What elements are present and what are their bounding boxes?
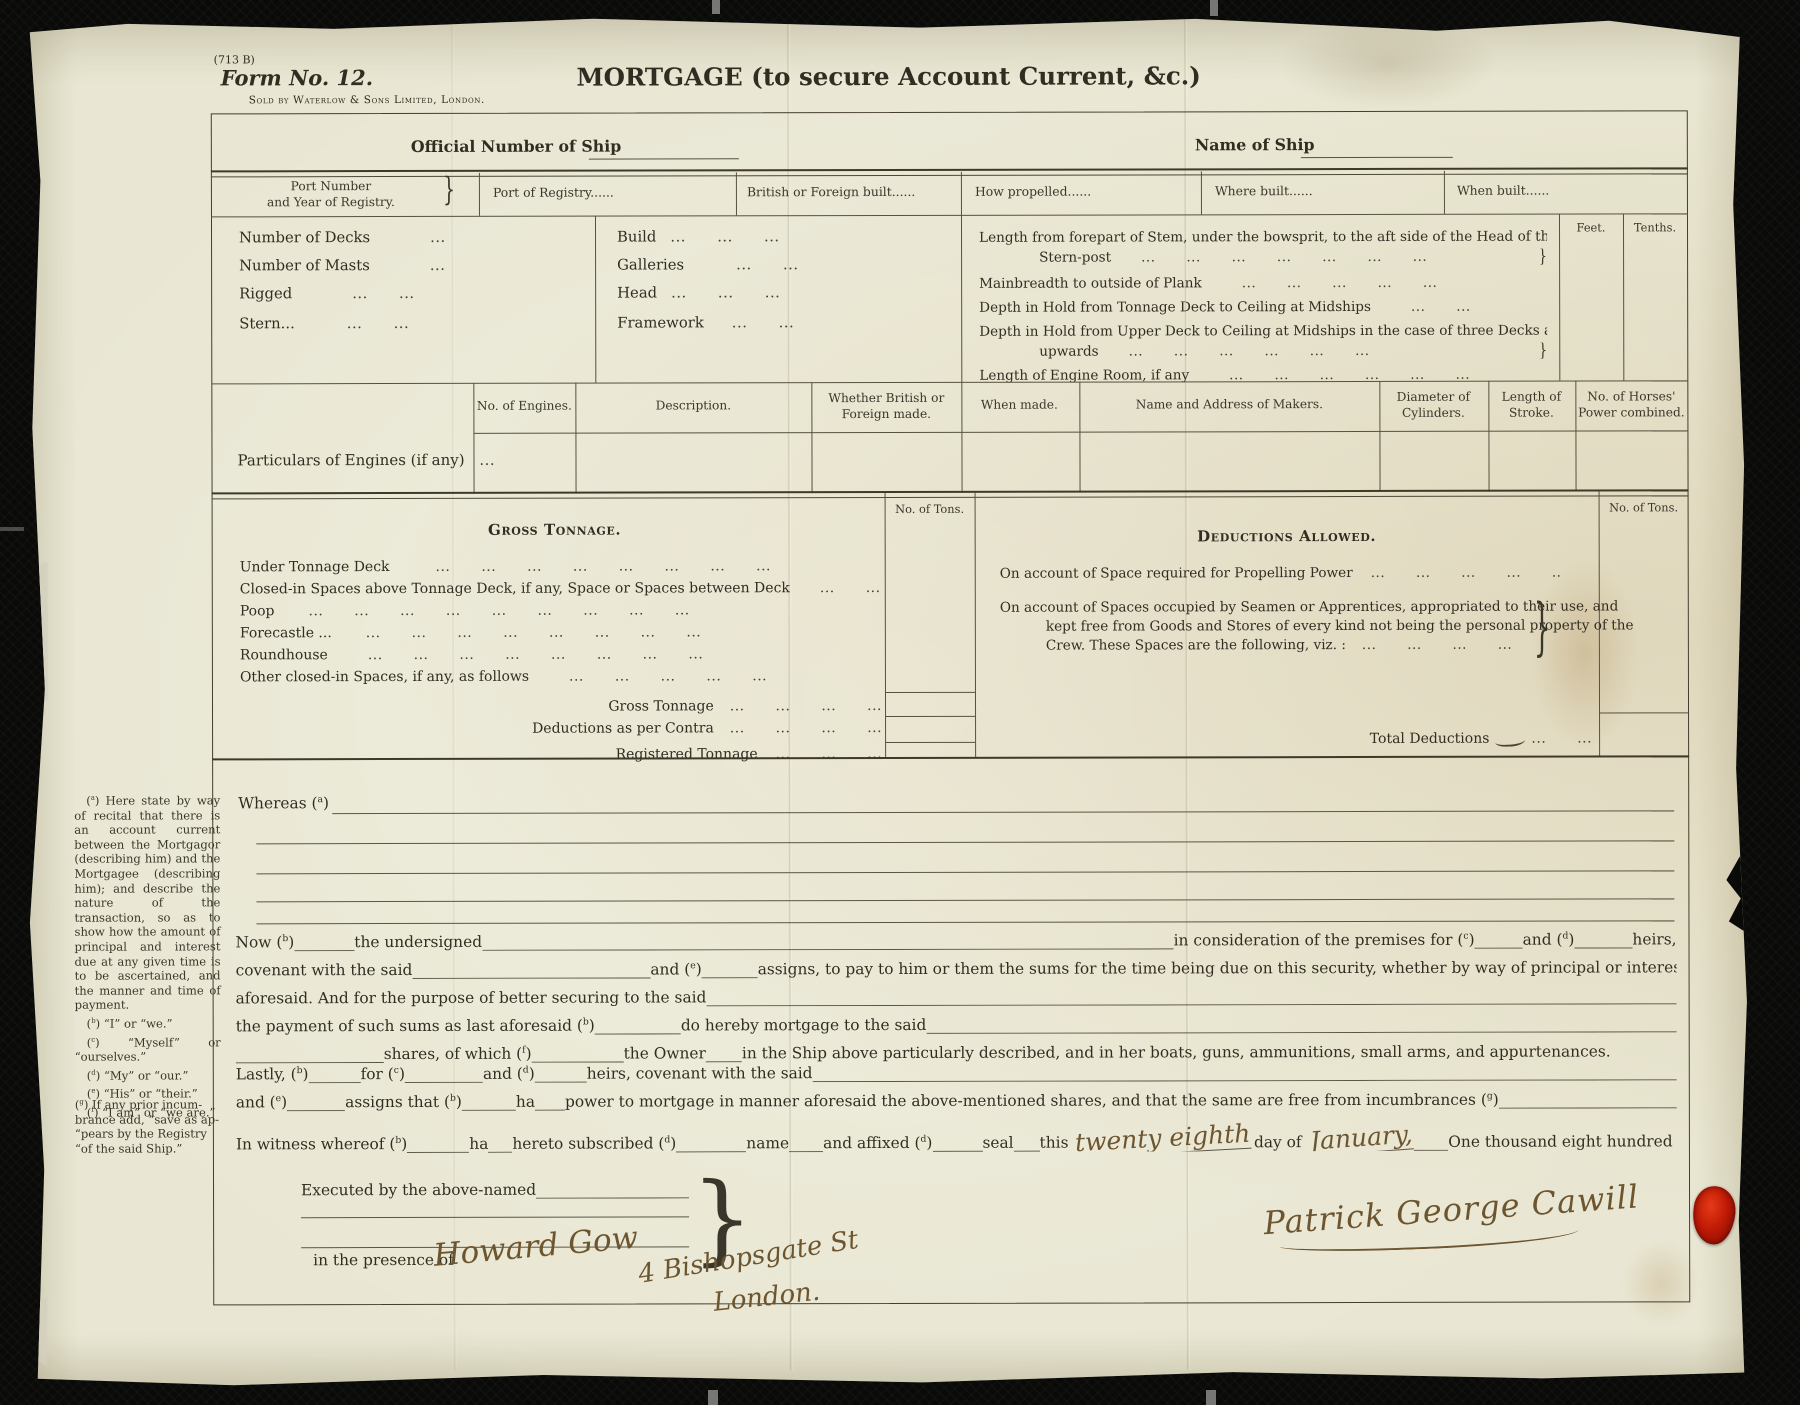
brace: } <box>1538 249 1547 266</box>
blank <box>1475 943 1523 949</box>
blank <box>676 1146 746 1152</box>
divider <box>1444 171 1445 214</box>
engines-header-stroke: Length of Stroke. <box>1490 390 1572 422</box>
blank <box>407 1147 469 1153</box>
blank <box>1499 1102 1677 1108</box>
executed-by-line: Executed by the above-named <box>301 1180 689 1199</box>
blank <box>702 972 758 978</box>
dimension-line: upwards ... ... ... ... ... ... } <box>1039 343 1547 360</box>
background-mark <box>712 0 720 14</box>
divider <box>479 173 480 216</box>
handwritten-month: January, <box>1309 1119 1414 1153</box>
background-mark <box>1206 1390 1216 1405</box>
dimension-line: Length from forepart of Stem, under the … <box>979 229 1547 246</box>
tons-column-header: No. of Tons. <box>1599 500 1689 515</box>
paper-sheet: (713 B) Form No. 12. Sold by Waterlow & … <box>25 12 1750 1390</box>
covenant-line: and (e) assigns that (b) ha power to mor… <box>236 1090 1677 1111</box>
tonnage-total-row: Deductions as per Contra ... ... ... ... <box>470 720 882 737</box>
engines-header-british-foreign: Whether British or Foreign made. <box>815 391 957 423</box>
rule <box>885 716 975 717</box>
tenths-column-header: Tenths. <box>1623 220 1687 235</box>
background-mark <box>708 1390 718 1405</box>
rule <box>1599 712 1688 713</box>
gross-tonnage-title: Gross Tonnage. <box>240 520 870 539</box>
hull-row: Build ... ... ... <box>617 228 947 246</box>
registry-col-how-propelled: How propelled...... <box>975 184 1091 199</box>
divider <box>1201 171 1202 214</box>
blank <box>309 1077 361 1083</box>
document-title: MORTGAGE (to secure Account Current, &c.… <box>439 61 1339 92</box>
background-mark <box>1210 0 1218 16</box>
whereas-label: Whereas (a) <box>238 794 329 812</box>
brace: } <box>443 171 455 208</box>
margin-note-a: (a) Here state by way of recital that th… <box>74 793 220 1012</box>
margin-notes: (a) Here state by way of recital that th… <box>74 793 221 1124</box>
background-mark <box>0 527 24 531</box>
form-number: Form No. 12. <box>221 65 373 90</box>
divider <box>736 172 737 215</box>
engines-header-horsepower: No. of Horses' Power combined. <box>1577 389 1685 421</box>
ink-scribble <box>1495 734 1526 747</box>
engines-header-when-made: When made. <box>963 398 1075 414</box>
dimension-line: Depth in Hold from Tonnage Deck to Ceili… <box>979 299 1519 316</box>
blank <box>287 1105 345 1111</box>
registry-col-port-number: Port Number and Year of Registry. <box>223 179 439 211</box>
deduction-paragraph-line: On account of Spaces occupied by Seamen … <box>1000 598 1619 615</box>
torn-edge <box>1726 843 1750 935</box>
brace: } <box>1539 343 1548 360</box>
covenant-line: Now (b) the undersigned in consideration… <box>235 930 1676 951</box>
blank <box>488 1147 512 1153</box>
blank <box>1014 1146 1040 1152</box>
registry-col-port-of-registry: Port of Registry...... <box>493 185 614 200</box>
blank <box>1414 1145 1448 1151</box>
document-title-suffix: (to secure Account Current, &c.) <box>751 61 1201 91</box>
blank <box>932 1146 982 1152</box>
covenant-line: aforesaid. And for the purpose of better… <box>236 986 1677 1007</box>
blank <box>294 945 354 951</box>
covenant-line: covenant with the said and (e) assigns, … <box>236 958 1677 979</box>
hull-row: Number of Masts ... <box>239 257 579 275</box>
registry-col-where-built: Where built...... <box>1215 183 1313 198</box>
blank <box>789 1146 823 1152</box>
blank <box>532 1057 624 1063</box>
handwritten-day: twenty eighth <box>1074 1119 1251 1154</box>
registry-col-british-foreign: British or Foreign built...... <box>747 184 915 199</box>
deduction-row: On account of Space required for Propell… <box>1000 565 1560 582</box>
official-number-label: Official Number of Ship <box>411 137 621 156</box>
engines-header-makers: Name and Address of Makers. <box>1083 397 1375 413</box>
witness-line: In witness whereof (b) ha hereto subscri… <box>236 1116 1677 1153</box>
blank <box>1574 942 1632 948</box>
wax-seal <box>1690 1184 1738 1246</box>
engines-header-description: Description. <box>577 398 809 414</box>
blank <box>236 1057 384 1063</box>
hull-row: Galleries ... ... <box>617 256 947 274</box>
blank <box>535 1077 587 1083</box>
hull-row: Framework ... ... <box>617 314 947 332</box>
deduction-paragraph-line: Crew. These Spaces are the following, vi… <box>1046 637 1530 654</box>
document-title-main: MORTGAGE <box>576 62 742 91</box>
feet-column-header: Feet. <box>1559 220 1623 235</box>
blank <box>535 1105 565 1111</box>
blank <box>412 972 650 978</box>
engines-header-number: No. of Engines. <box>475 399 573 415</box>
rule <box>885 742 975 743</box>
tons-column-header: No. of Tons. <box>885 502 975 517</box>
margin-note-b: (b) “I” or “we.” <box>75 1016 221 1031</box>
dimension-line: Depth in Hold from Upper Deck to Ceiling… <box>979 323 1547 340</box>
blank <box>536 1193 689 1198</box>
rule <box>885 692 975 693</box>
tonnage-total-row: Gross Tonnage ... ... ... ... <box>520 698 882 715</box>
tonnage-row: Poop ... ... ... ... ... ... ... ... ... <box>240 602 880 619</box>
blank <box>706 1056 742 1062</box>
torn-edge <box>14 562 48 702</box>
dimension-line: Stern-post ... ... ... ... ... ... ... } <box>1039 249 1547 266</box>
torn-edge <box>19 1297 47 1367</box>
hull-row: Stern... ... ... <box>239 315 579 333</box>
covenant-line: the payment of such sums as last aforesa… <box>236 1014 1677 1035</box>
tonnage-row: Under Tonnage Deck ... ... ... ... ... .… <box>240 558 880 575</box>
tonnage-row: Roundhouse ... ... ... ... ... ... ... .… <box>240 646 880 663</box>
covenant-line: Lastly, (b) for (c) and (d) heirs, coven… <box>236 1062 1677 1083</box>
tonnage-row: Other closed-in Spaces, if any, as follo… <box>240 668 880 685</box>
tonnage-row: Forecastle ... ... ... ... ... ... ... .… <box>240 624 880 641</box>
tonnage-total-row: Registered Tonnage ... ... ... <box>540 746 882 763</box>
hull-row: Number of Decks ... <box>239 229 579 247</box>
scanned-mortgage-document: (713 B) Form No. 12. Sold by Waterlow & … <box>0 0 1800 1405</box>
dimension-line: Mainbreadth to outside of Plank ... ... … <box>979 275 1519 292</box>
hull-row: Head ... ... ... <box>617 284 947 302</box>
tonnage-row: Closed-in Spaces above Tonnage Deck, if … <box>240 580 880 597</box>
printer-imprint: Sold by Waterlow & Sons Limited, London. <box>249 94 485 106</box>
blank <box>405 1077 483 1083</box>
blank <box>462 1105 516 1111</box>
ship-name-label: Name of Ship <box>1195 135 1315 154</box>
engines-row-label: Particulars of Engines (if any) ... <box>237 451 495 470</box>
hull-row: Rigged ... ... <box>239 285 579 303</box>
registry-col-when-built: When built...... <box>1457 183 1549 198</box>
margin-note-d: (d) “My” or “our.” <box>75 1068 221 1083</box>
engines-header-cylinders: Diameter of Cylinders. <box>1381 390 1485 422</box>
brace: } <box>1534 593 1551 665</box>
margin-note-c: (c) “Myself” or “ourselves.” <box>75 1035 221 1064</box>
deductions-title: Deductions Allowed. <box>975 527 1599 546</box>
blank <box>595 1028 681 1034</box>
covenant-line: shares, of which (f) the Owner in the Sh… <box>236 1042 1677 1063</box>
total-deductions-row: Total Deductions ... ... <box>1300 731 1592 748</box>
margin-note-g: (g) If any prior incum- brance add, “sav… <box>75 1097 225 1156</box>
